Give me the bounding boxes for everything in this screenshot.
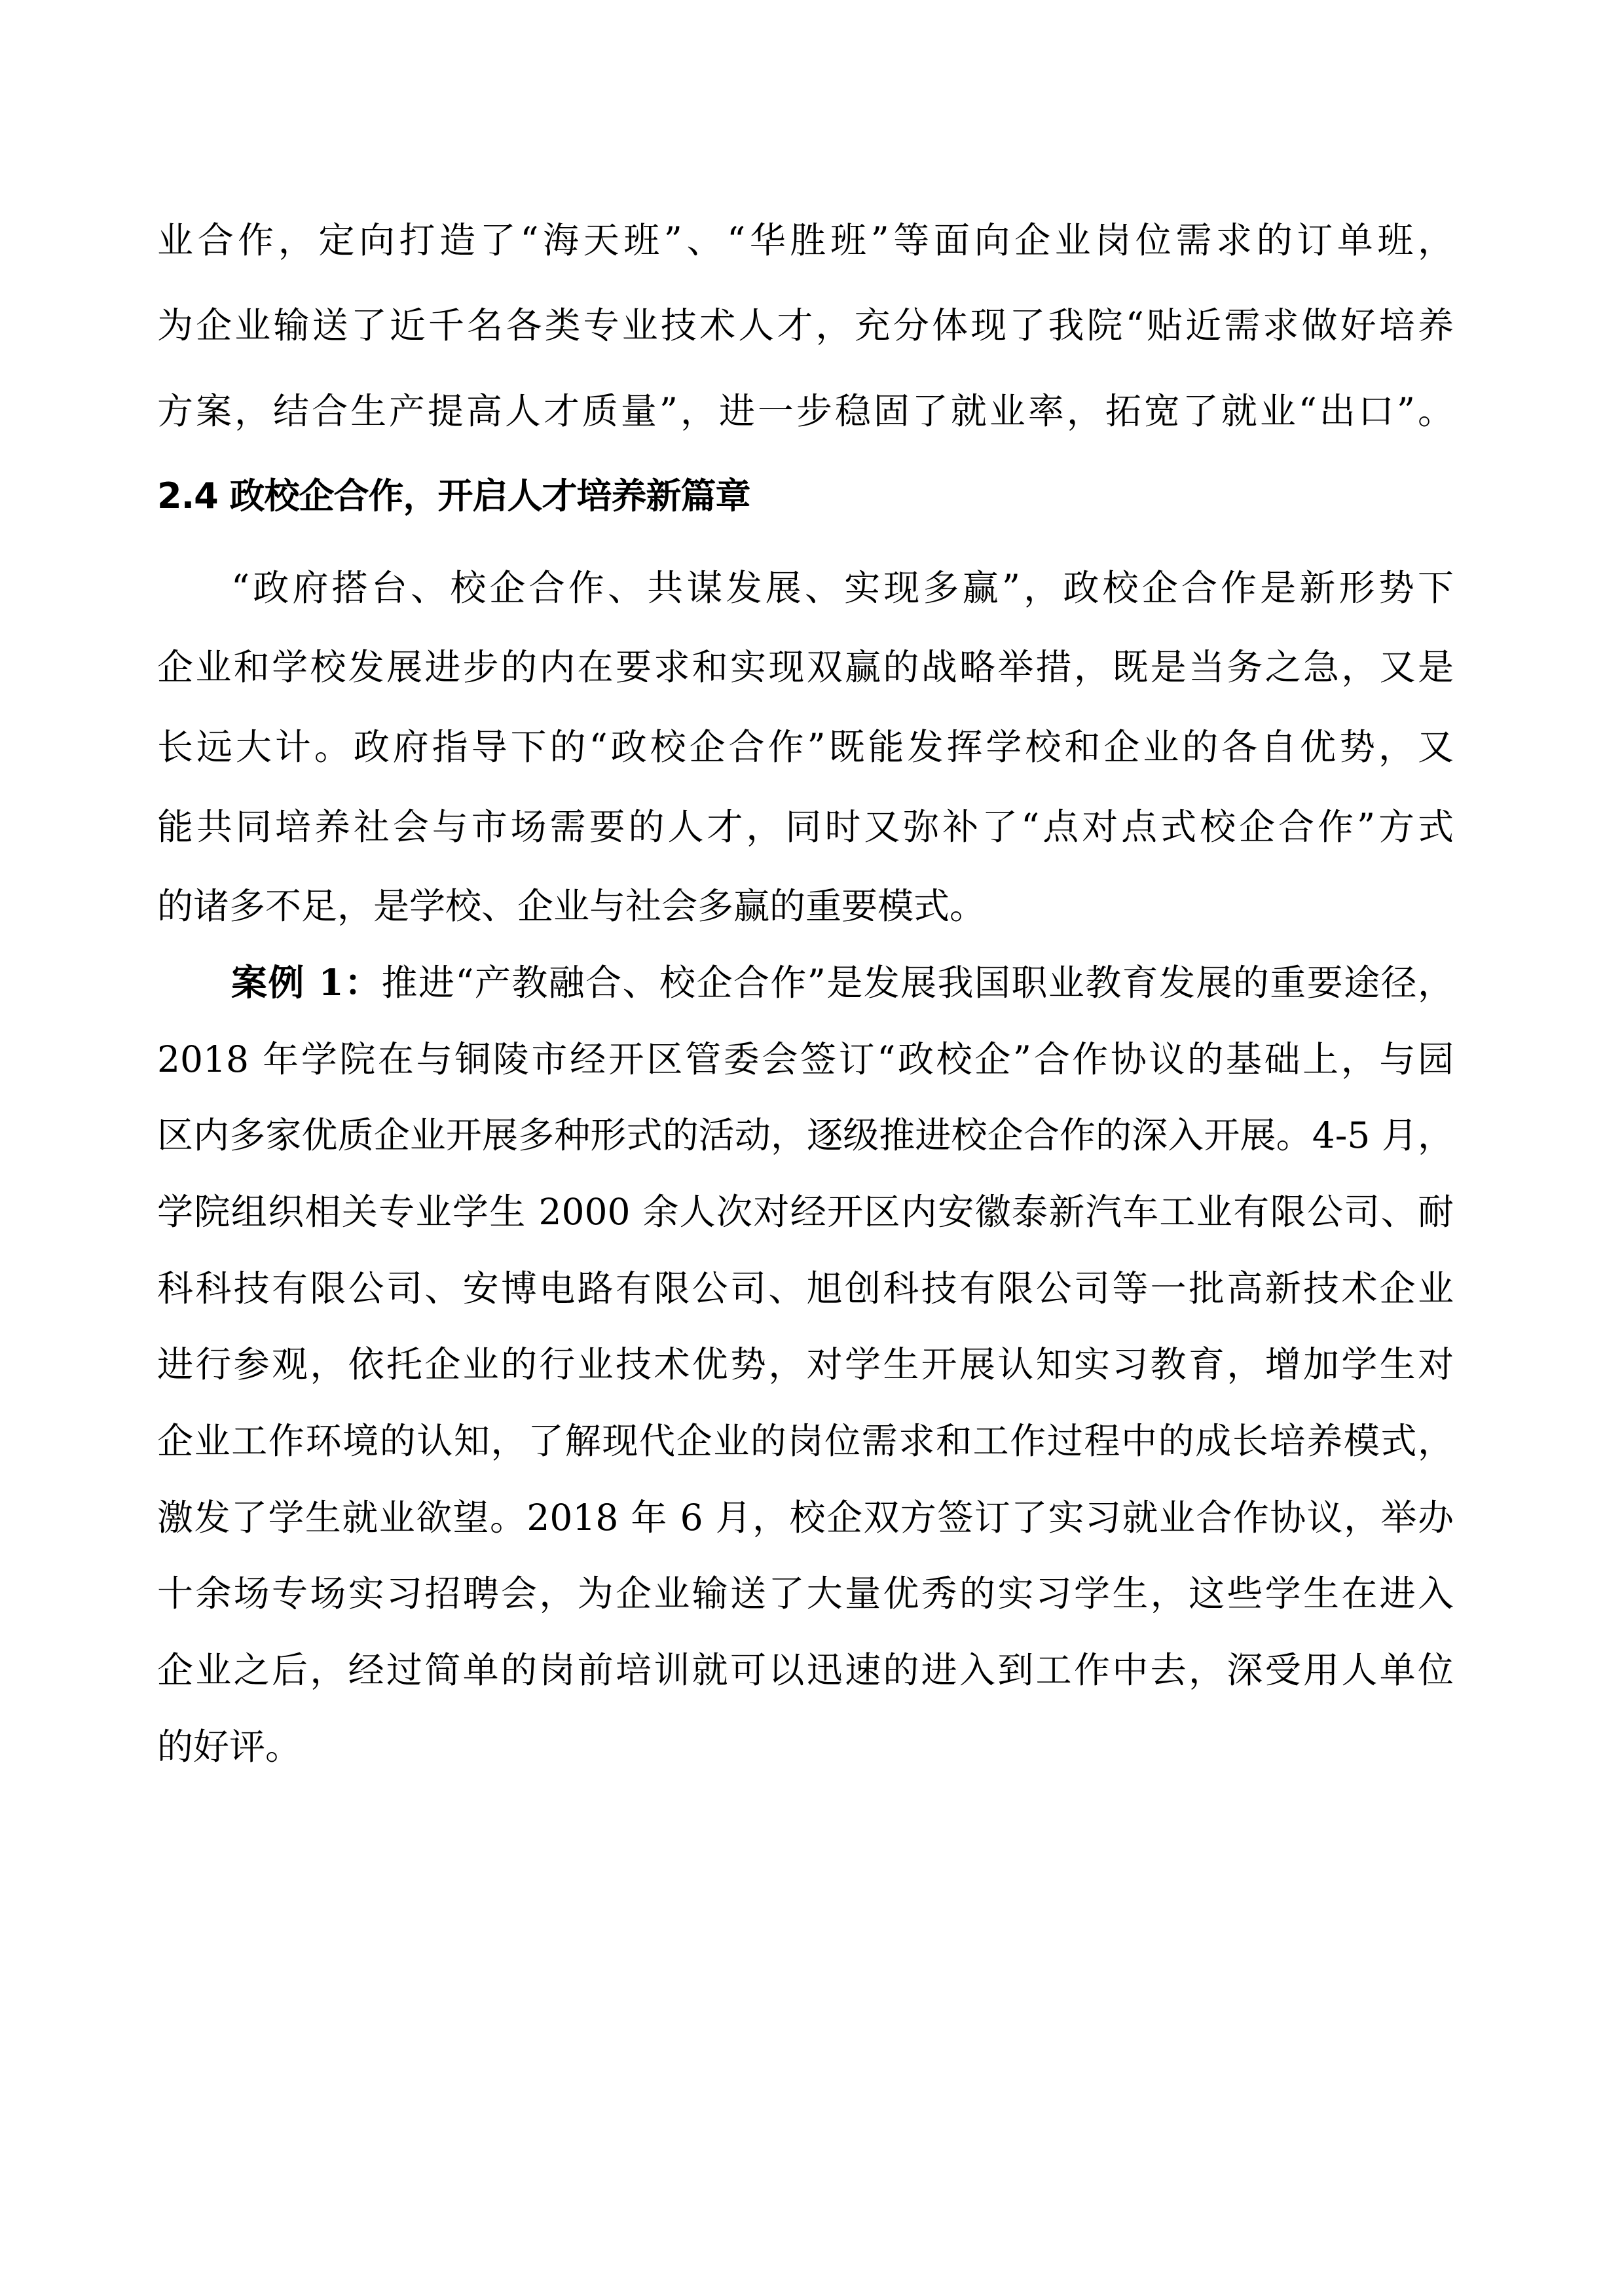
paragraph-line: 区内多家优质企业开展多种形式的活动，逐级推进校企合作的深入开展。4-5 月， xyxy=(157,1116,1454,1155)
paragraph-line: 长远大计。政府指导下的“政校企合作”既能发挥学校和企业的各自优势，又 xyxy=(157,727,1454,767)
case-label: 案例 1： xyxy=(231,961,382,1004)
paragraph-line: 进行参观，依托企业的行业技术优势，对学生开展认知实习教育，增加学生对 xyxy=(157,1345,1454,1384)
case-first-line-text: 推进“产教融合、校企合作”是发展我国职业教育发展的重要途径， xyxy=(382,962,1454,1004)
paragraph-line: 的好评。 xyxy=(157,1727,1454,1766)
section-heading: 2.4 政校企合作，开启人才培养新篇章 xyxy=(157,475,750,518)
paragraph-line: 十余场专场实习招聘会，为企业输送了大量优秀的实习学生，这些学生在进入 xyxy=(157,1574,1454,1613)
paragraph-line: 2018 年学院在与铜陵市经开区管委会签订“政校企”合作协议的基础上，与园 xyxy=(157,1040,1454,1079)
paragraph-line: 案例 1：推进“产教融合、校企合作”是发展我国职业教育发展的重要途径， xyxy=(231,963,1454,1002)
paragraph-line: 方案，结合生产提高人才质量”，进一步稳固了就业率，拓宽了就业“出口”。 xyxy=(157,392,1454,431)
paragraph-line: 激发了学生就业欲望。2018 年 6 月，校企双方签订了实习就业合作协议，举办 xyxy=(157,1498,1454,1537)
paragraph-line: 企业工作环境的认知，了解现代企业的岗位需求和工作过程中的成长培养模式， xyxy=(157,1421,1454,1461)
paragraph-line: 的诸多不足，是学校、企业与社会多赢的重要模式。 xyxy=(157,886,1454,926)
paragraph-line: 学院组织相关专业学生 2000 余人次对经开区内安徽泰新汽车工业有限公司、耐 xyxy=(157,1192,1454,1231)
paragraph-line: 业合作，定向打造了“海天班”、“华胜班”等面向企业岗位需求的订单班， xyxy=(157,221,1454,260)
paragraph-line: 企业和学校发展进步的内在要求和实现双赢的战略举措，既是当务之急，又是 xyxy=(157,647,1454,687)
paragraph-line: “政府搭台、校企合作、共谋发展、实现多赢”，政校企合作是新形势下 xyxy=(231,568,1454,608)
paragraph-line: 为企业输送了近千名各类专业技术人才，充分体现了我院“贴近需求做好培养 xyxy=(157,306,1454,345)
paragraph-line: 企业之后，经过简单的岗前培训就可以迅速的进入到工作中去，深受用人单位 xyxy=(157,1650,1454,1690)
paragraph-line: 科科技有限公司、安博电路有限公司、旭创科技有限公司等一批高新技术企业 xyxy=(157,1269,1454,1308)
paragraph-line: 能共同培养社会与市场需要的人才，同时又弥补了“点对点式校企合作”方式 xyxy=(157,807,1454,847)
document-page: 业合作，定向打造了“海天班”、“华胜班”等面向企业岗位需求的订单班， 为企业输送… xyxy=(0,0,1624,2296)
